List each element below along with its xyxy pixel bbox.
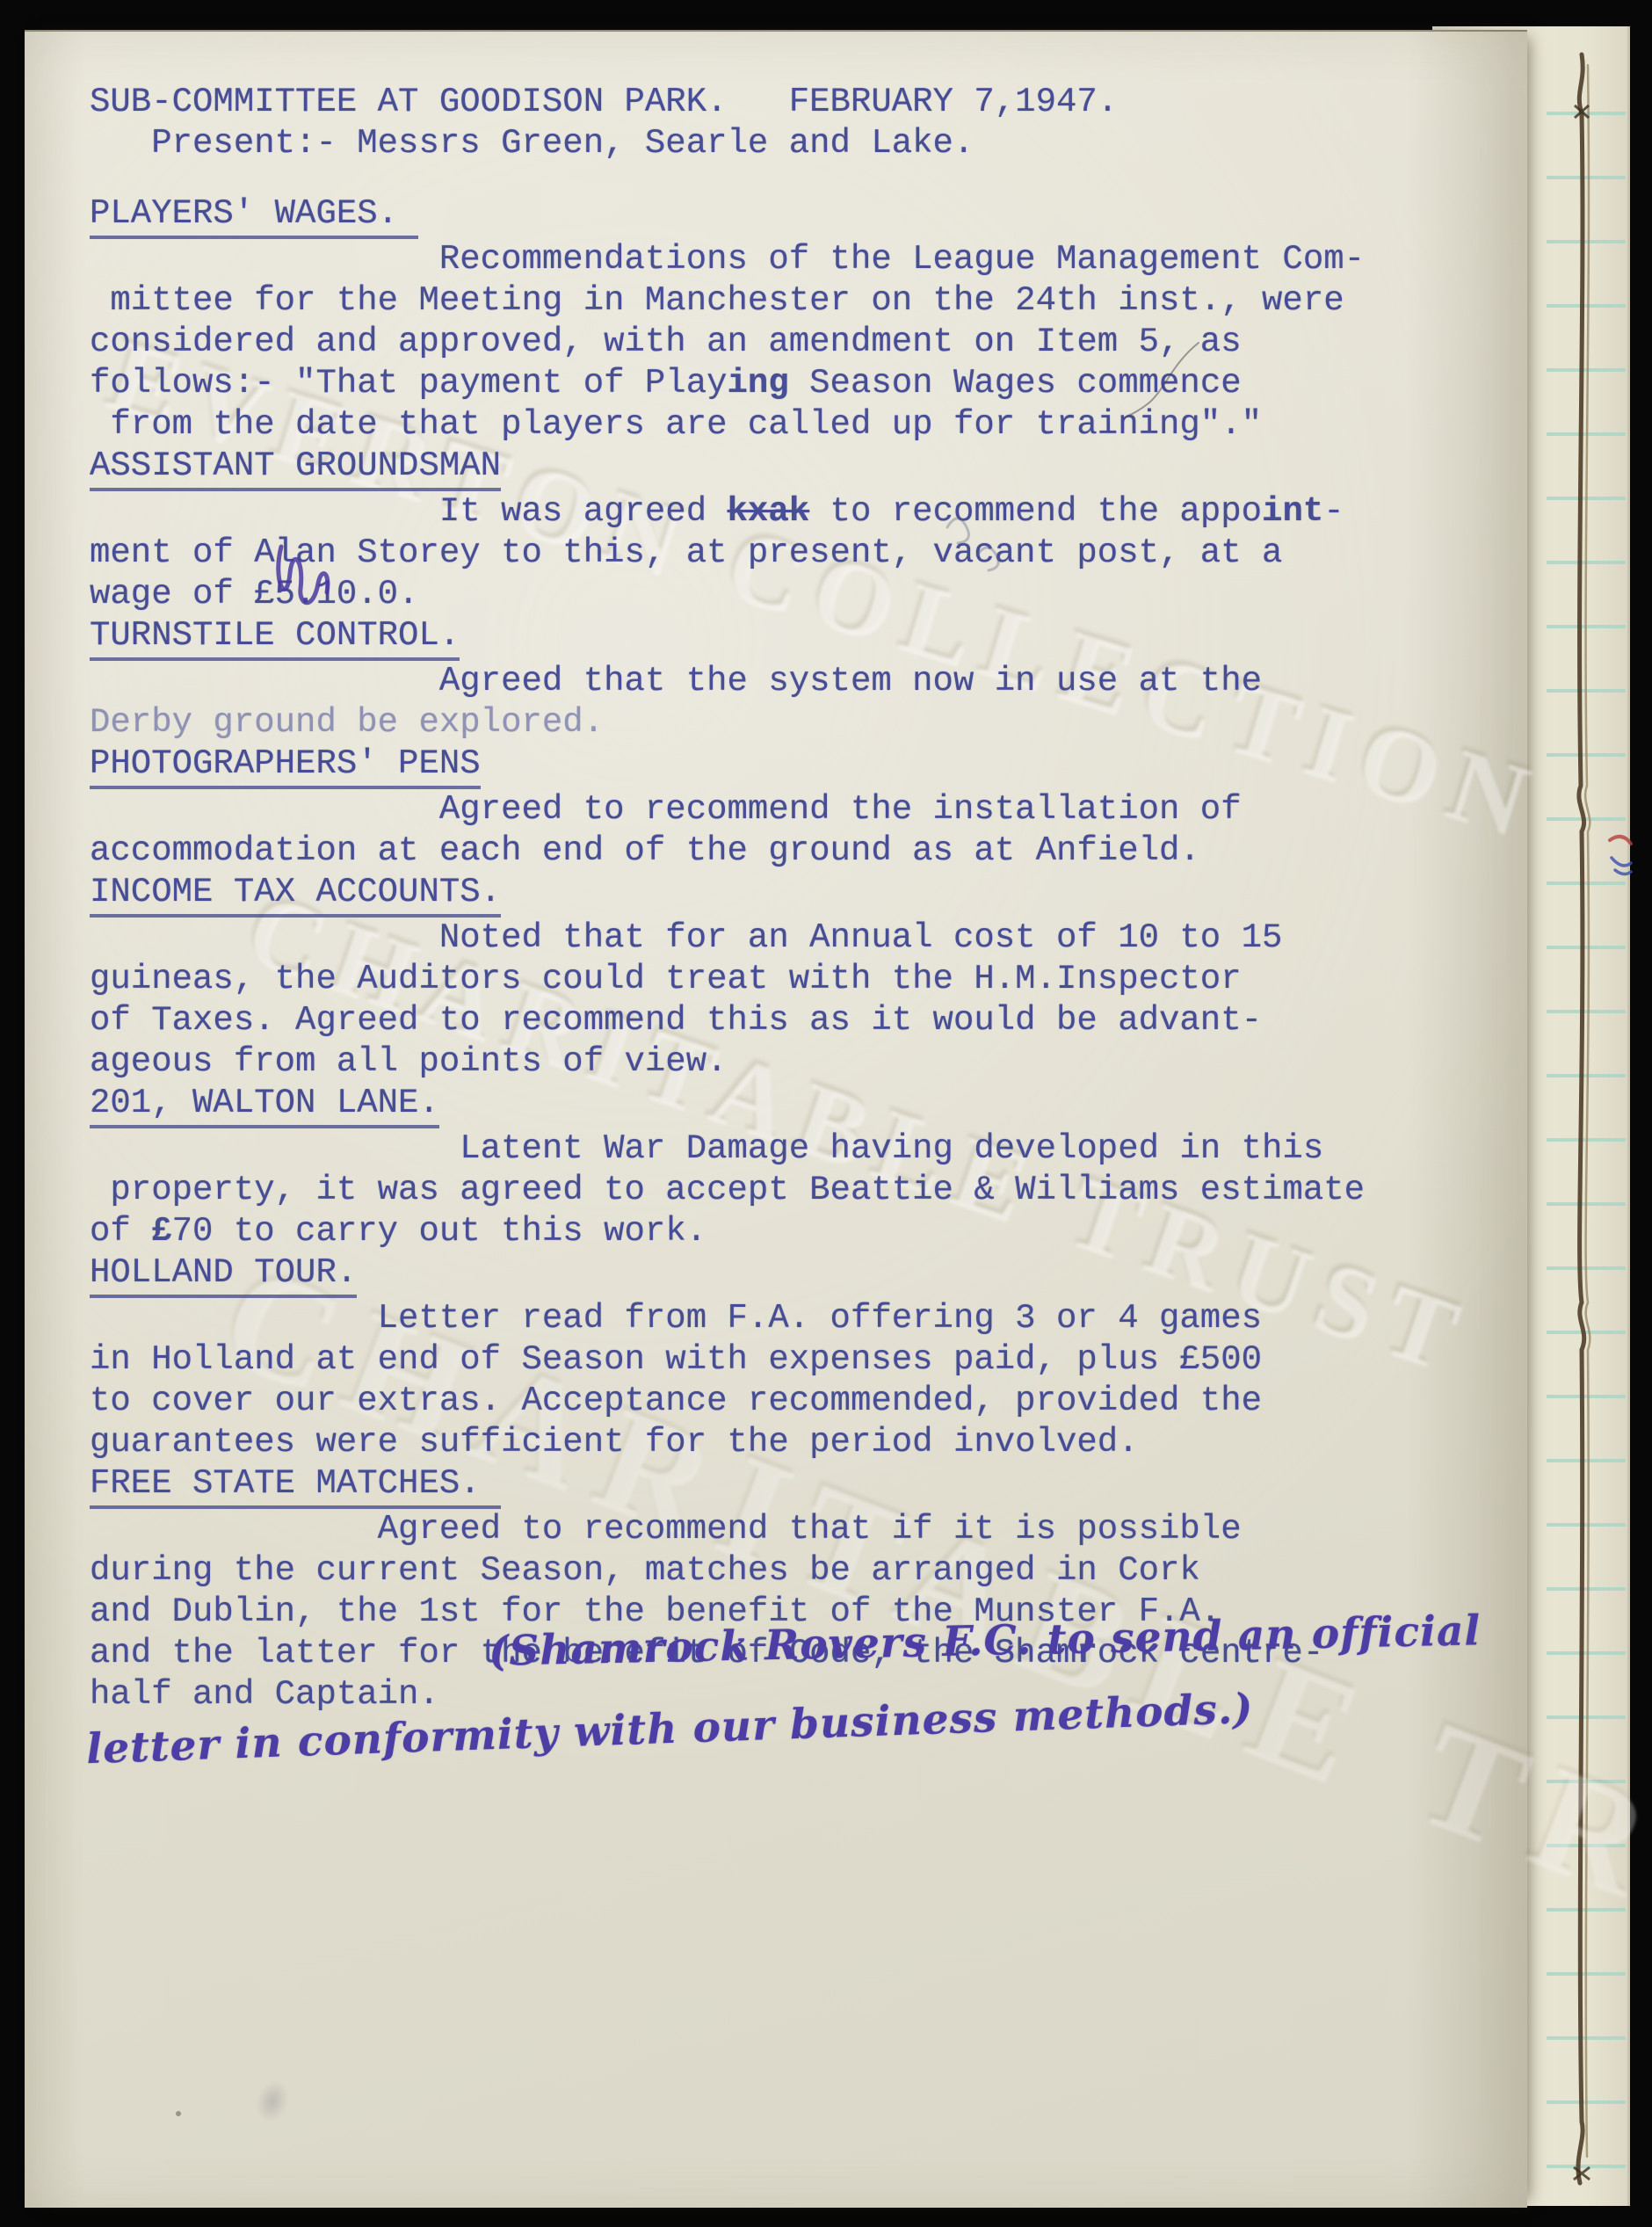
typed-line: ASSISTANT GROUNDSMAN — [90, 446, 1365, 491]
typed-line: accommodation at each end of the ground … — [90, 831, 1365, 872]
typed-line: FREE STATE MATCHES. — [90, 1463, 1365, 1509]
scanned-document-background: EVERTON COLLECTION CHARITABLE TRUST CHAR… — [0, 0, 1652, 2227]
typed-line: guarantees were sufficient for the perio… — [90, 1422, 1365, 1463]
section: INCOME TAX ACCOUNTS. Noted that for an A… — [90, 872, 1365, 1083]
paper-speck — [176, 2111, 181, 2116]
section-heading: INCOME TAX ACCOUNTS. — [90, 872, 501, 918]
ink-mark — [260, 534, 366, 631]
section-heading: HOLLAND TOUR. — [90, 1252, 357, 1298]
typed-line: of £70 to carry out this work. — [90, 1211, 1365, 1252]
typed-line: INCOME TAX ACCOUNTS. — [90, 872, 1365, 918]
pencil-mark — [938, 506, 1018, 585]
typed-line: PHOTOGRAPHERS' PENS — [90, 744, 1365, 789]
typed-line: Agreed to recommend that if it is possib… — [90, 1509, 1365, 1550]
typed-line: during the current Season, matches be ar… — [90, 1550, 1365, 1592]
paper-smudge — [243, 2067, 302, 2136]
margin-scribble — [1605, 828, 1640, 881]
section-heading: PHOTOGRAPHERS' PENS — [90, 744, 481, 789]
typed-segment: kxak — [728, 492, 810, 531]
document-text: SUB-COMMITTEE AT GOODISON PARK. FEBRUARY… — [90, 82, 1365, 1716]
typed-segment: ing — [728, 364, 789, 403]
attendees-line: Present:- Messrs Green, Searle and Lake. — [90, 123, 1365, 164]
typed-line: Noted that for an Annual cost of 10 to 1… — [90, 918, 1365, 959]
typed-line: mittee for the Meeting in Manchester on … — [90, 280, 1365, 322]
typed-line: HOLLAND TOUR. — [90, 1252, 1365, 1298]
typed-line: ageous from all points of view. — [90, 1041, 1365, 1083]
typed-line: Latent War Damage having developed in th… — [90, 1128, 1365, 1170]
typed-segment: Derby ground be explored. — [90, 703, 604, 742]
section: HOLLAND TOUR. Letter read from F.A. offe… — [90, 1252, 1365, 1463]
typed-line: Derby ground be explored. — [90, 702, 1365, 744]
typed-line: Agreed that the system now in use at the — [90, 661, 1365, 702]
section-heading: ASSISTANT GROUNDSMAN — [90, 446, 501, 491]
section-heading: PLAYERS' WAGES. — [90, 193, 418, 239]
section-heading: 201, WALTON LANE. — [90, 1083, 439, 1128]
typed-segment: £ — [151, 1212, 171, 1251]
section: PHOTOGRAPHERS' PENS Agreed to recommend … — [90, 744, 1365, 872]
typed-line: It was agreed kxak to recommend the appo… — [90, 491, 1365, 533]
typed-line: in Holland at end of Season with expense… — [90, 1339, 1365, 1381]
typed-segment: int — [1262, 492, 1323, 531]
section: 201, WALTON LANE. Latent War Damage havi… — [90, 1083, 1365, 1252]
minutes-sheet: EVERTON COLLECTION CHARITABLE TRUST CHAR… — [25, 30, 1527, 2208]
section: TURNSTILE CONTROL. Agreed that the syste… — [90, 615, 1365, 744]
scratch-mark — [1114, 337, 1211, 425]
typed-line: 201, WALTON LANE. — [90, 1083, 1365, 1128]
binding-seam — [1562, 30, 1603, 2206]
typed-line: PLAYERS' WAGES. — [90, 193, 1365, 239]
typed-line: Recommendations of the League Management… — [90, 239, 1365, 280]
typed-line: property, it was agreed to accept Beatti… — [90, 1170, 1365, 1211]
typed-line: Agreed to recommend the installation of — [90, 789, 1365, 831]
typed-line: of Taxes. Agreed to recommend this as it… — [90, 1000, 1365, 1041]
typed-line: to cover our extras. Acceptance recommen… — [90, 1381, 1365, 1422]
section: FREE STATE MATCHES. Agreed to recommend … — [90, 1463, 1365, 1716]
spacer — [90, 164, 1365, 193]
typed-line: Letter read from F.A. offering 3 or 4 ga… — [90, 1298, 1365, 1339]
section-heading: FREE STATE MATCHES. — [90, 1463, 501, 1509]
typed-line: guineas, the Auditors could treat with t… — [90, 959, 1365, 1000]
meeting-title: SUB-COMMITTEE AT GOODISON PARK. FEBRUARY… — [90, 82, 1365, 123]
